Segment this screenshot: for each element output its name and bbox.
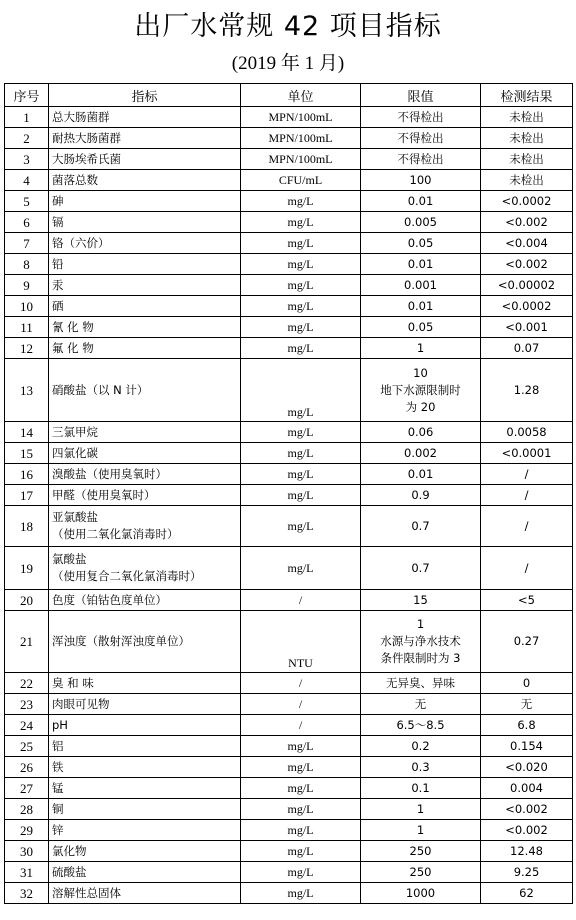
row-limit: 0.002 [361, 443, 481, 464]
row-number: 9 [5, 275, 49, 296]
row-indicator: 铁 [49, 757, 241, 778]
row-indicator: 镉 [49, 212, 241, 233]
row-indicator: 浑浊度（散射浑浊度单位） [49, 611, 241, 673]
row-result: <0.020 [481, 757, 573, 778]
table-row: 3大肠埃希氏菌MPN/100mL不得检出未检出 [5, 149, 573, 170]
row-indicator: 甲醛（使用臭氧时） [49, 485, 241, 506]
row-indicator: 四氯化碳 [49, 443, 241, 464]
row-indicator: 铜 [49, 799, 241, 820]
header-no: 序号 [5, 84, 49, 107]
table-row: 31硫酸盐mg/L2509.25 [5, 862, 573, 883]
row-unit: mg/L [241, 443, 361, 464]
row-indicator: 氯酸盐 （使用复合二氧化氯消毒时） [49, 547, 241, 590]
row-number: 3 [5, 149, 49, 170]
row-unit: mg/L [241, 422, 361, 443]
row-result: 0.27 [481, 611, 573, 673]
row-indicator: 色度（铂钴色度单位） [49, 590, 241, 611]
row-number: 11 [5, 317, 49, 338]
header-unit: 单位 [241, 84, 361, 107]
row-number: 29 [5, 820, 49, 841]
row-result: 0.154 [481, 736, 573, 757]
row-limit: 0.9 [361, 485, 481, 506]
table-header-row: 序号 指标 单位 限值 检测结果 [5, 84, 573, 107]
document-title: 出厂水常规 42 项目指标 [0, 4, 576, 43]
row-limit: 1 [361, 799, 481, 820]
row-unit: mg/L [241, 233, 361, 254]
row-number: 27 [5, 778, 49, 799]
row-result: <0.0002 [481, 191, 573, 212]
table-row: 5砷mg/L0.01<0.0002 [5, 191, 573, 212]
row-unit: mg/L [241, 485, 361, 506]
row-limit: 0.05 [361, 233, 481, 254]
row-indicator: 铬（六价） [49, 233, 241, 254]
row-unit: mg/L [241, 883, 361, 904]
row-indicator: pH [49, 715, 241, 736]
row-indicator: 铅 [49, 254, 241, 275]
row-indicator: 臭 和 味 [49, 673, 241, 694]
header-limit: 限值 [361, 84, 481, 107]
table-row: 13硝酸盐（以 N 计）mg/L10 地下水源限制时 为 201.28 [5, 359, 573, 422]
row-unit: mg/L [241, 506, 361, 547]
row-unit: / [241, 590, 361, 611]
table-row: 19 氯酸盐 （使用复合二氧化氯消毒时）mg/L0.7/ [5, 547, 573, 590]
row-unit: mg/L [241, 191, 361, 212]
table-row: 28铜mg/L1<0.002 [5, 799, 573, 820]
row-number: 21 [5, 611, 49, 673]
row-result: 无 [481, 694, 573, 715]
row-unit: mg/L [241, 212, 361, 233]
row-number: 28 [5, 799, 49, 820]
row-result: 12.48 [481, 841, 573, 862]
row-limit: 不得检出 [361, 107, 481, 128]
row-number: 10 [5, 296, 49, 317]
table-row: 24pH/6.5～8.56.8 [5, 715, 573, 736]
row-number: 2 [5, 128, 49, 149]
row-result: 0.07 [481, 338, 573, 359]
row-result: <0.004 [481, 233, 573, 254]
row-indicator: 氯化物 [49, 841, 241, 862]
row-indicator: 硒 [49, 296, 241, 317]
row-limit: 0.01 [361, 296, 481, 317]
table-row: 32溶解性总固体mg/L100062 [5, 883, 573, 904]
row-result: <0.0002 [481, 296, 573, 317]
row-result: <5 [481, 590, 573, 611]
row-unit: NTU [241, 611, 361, 673]
row-result: <0.002 [481, 254, 573, 275]
row-limit: 无异臭、异味 [361, 673, 481, 694]
row-unit: mg/L [241, 778, 361, 799]
row-limit: 0.001 [361, 275, 481, 296]
row-unit: mg/L [241, 275, 361, 296]
table-row: 1总大肠菌群MPN/100mL不得检出未检出 [5, 107, 573, 128]
row-limit: 6.5～8.5 [361, 715, 481, 736]
row-result: 6.8 [481, 715, 573, 736]
table-row: 11氰 化 物mg/L0.05<0.001 [5, 317, 573, 338]
row-indicator: 溴酸盐（使用臭氧时） [49, 464, 241, 485]
row-result: <0.002 [481, 212, 573, 233]
table-row: 17甲醛（使用臭氧时）mg/L0.9/ [5, 485, 573, 506]
row-limit: 0.06 [361, 422, 481, 443]
row-number: 19 [5, 547, 49, 590]
row-number: 1 [5, 107, 49, 128]
row-indicator: 亚氯酸盐 （使用二氧化氯消毒时） [49, 506, 241, 547]
row-indicator: 锌 [49, 820, 241, 841]
row-number: 6 [5, 212, 49, 233]
row-result: / [481, 485, 573, 506]
row-indicator: 菌落总数 [49, 170, 241, 191]
row-unit: mg/L [241, 359, 361, 422]
row-indicator: 氟 化 物 [49, 338, 241, 359]
row-limit: 不得检出 [361, 149, 481, 170]
row-result: / [481, 464, 573, 485]
row-number: 24 [5, 715, 49, 736]
row-result: 未检出 [481, 170, 573, 191]
row-unit: mg/L [241, 317, 361, 338]
table-row: 22臭 和 味/无异臭、异味0 [5, 673, 573, 694]
row-number: 32 [5, 883, 49, 904]
table-row: 10硒mg/L0.01<0.0002 [5, 296, 573, 317]
row-unit: / [241, 673, 361, 694]
table-row: 21浑浊度（散射浑浊度单位）NTU1 水源与净水技术 条件限制时为 30.27 [5, 611, 573, 673]
row-limit: 无 [361, 694, 481, 715]
row-number: 16 [5, 464, 49, 485]
row-number: 13 [5, 359, 49, 422]
row-number: 26 [5, 757, 49, 778]
row-number: 8 [5, 254, 49, 275]
table-row: 20色度（铂钴色度单位）/15<5 [5, 590, 573, 611]
row-limit: 0.01 [361, 254, 481, 275]
row-limit: 250 [361, 862, 481, 883]
row-number: 17 [5, 485, 49, 506]
row-number: 25 [5, 736, 49, 757]
table-row: 30氯化物mg/L25012.48 [5, 841, 573, 862]
row-limit: 15 [361, 590, 481, 611]
header-item: 指标 [49, 84, 241, 107]
row-limit: 0.7 [361, 506, 481, 547]
row-number: 7 [5, 233, 49, 254]
table-row: 9汞mg/L0.001<0.00002 [5, 275, 573, 296]
row-result: 未检出 [481, 107, 573, 128]
row-unit: CFU/mL [241, 170, 361, 191]
row-number: 22 [5, 673, 49, 694]
row-indicator: 溶解性总固体 [49, 883, 241, 904]
row-unit: mg/L [241, 736, 361, 757]
row-number: 23 [5, 694, 49, 715]
row-indicator: 铝 [49, 736, 241, 757]
table-row: 15四氯化碳mg/L0.002<0.0001 [5, 443, 573, 464]
row-unit: mg/L [241, 841, 361, 862]
row-limit: 0.7 [361, 547, 481, 590]
row-unit: mg/L [241, 254, 361, 275]
row-number: 5 [5, 191, 49, 212]
row-number: 30 [5, 841, 49, 862]
table-row: 25铝mg/L0.20.154 [5, 736, 573, 757]
row-number: 15 [5, 443, 49, 464]
row-limit: 0.05 [361, 317, 481, 338]
table-row: 4菌落总数CFU/mL100未检出 [5, 170, 573, 191]
row-limit: 10 地下水源限制时 为 20 [361, 359, 481, 422]
row-limit: 1 水源与净水技术 条件限制时为 3 [361, 611, 481, 673]
row-unit: mg/L [241, 547, 361, 590]
row-result: / [481, 547, 573, 590]
row-result: <0.002 [481, 799, 573, 820]
table-row: 14三氯甲烷mg/L0.060.0058 [5, 422, 573, 443]
table-row: 12氟 化 物mg/L10.07 [5, 338, 573, 359]
row-unit: MPN/100mL [241, 107, 361, 128]
row-result: <0.002 [481, 820, 573, 841]
row-unit: mg/L [241, 862, 361, 883]
row-limit: 0.01 [361, 464, 481, 485]
row-unit: MPN/100mL [241, 149, 361, 170]
row-indicator: 总大肠菌群 [49, 107, 241, 128]
row-unit: MPN/100mL [241, 128, 361, 149]
header-result: 检测结果 [481, 84, 573, 107]
row-indicator: 砷 [49, 191, 241, 212]
document-subtitle: (2019 年 1 月) [0, 48, 576, 75]
row-result: 0 [481, 673, 573, 694]
row-indicator: 汞 [49, 275, 241, 296]
table-row: 26铁mg/L0.3<0.020 [5, 757, 573, 778]
row-indicator: 硫酸盐 [49, 862, 241, 883]
row-limit: 250 [361, 841, 481, 862]
row-limit: 不得检出 [361, 128, 481, 149]
row-unit: mg/L [241, 799, 361, 820]
row-unit: mg/L [241, 820, 361, 841]
row-limit: 1000 [361, 883, 481, 904]
table-row: 23肉眼可见物/无无 [5, 694, 573, 715]
row-number: 18 [5, 506, 49, 547]
table-row: 7铬（六价）mg/L0.05<0.004 [5, 233, 573, 254]
row-unit: mg/L [241, 338, 361, 359]
table-row: 8铅mg/L0.01<0.002 [5, 254, 573, 275]
row-indicator: 硝酸盐（以 N 计） [49, 359, 241, 422]
row-result: 1.28 [481, 359, 573, 422]
row-number: 20 [5, 590, 49, 611]
row-unit: mg/L [241, 296, 361, 317]
row-result: 0.004 [481, 778, 573, 799]
row-result: 62 [481, 883, 573, 904]
row-indicator: 耐热大肠菌群 [49, 128, 241, 149]
table-row: 29锌mg/L1<0.002 [5, 820, 573, 841]
row-indicator: 锰 [49, 778, 241, 799]
row-limit: 1 [361, 338, 481, 359]
row-unit: mg/L [241, 464, 361, 485]
row-result: 0.0058 [481, 422, 573, 443]
row-unit: / [241, 715, 361, 736]
row-limit: 0.2 [361, 736, 481, 757]
table-body: 1总大肠菌群MPN/100mL不得检出未检出2耐热大肠菌群MPN/100mL不得… [5, 107, 573, 904]
row-result: / [481, 506, 573, 547]
row-limit: 0.01 [361, 191, 481, 212]
row-result: <0.001 [481, 317, 573, 338]
row-indicator: 大肠埃希氏菌 [49, 149, 241, 170]
row-result: 未检出 [481, 149, 573, 170]
row-result: 9.25 [481, 862, 573, 883]
row-number: 31 [5, 862, 49, 883]
row-indicator: 氰 化 物 [49, 317, 241, 338]
row-indicator: 肉眼可见物 [49, 694, 241, 715]
row-limit: 1 [361, 820, 481, 841]
row-unit: / [241, 694, 361, 715]
table-row: 2耐热大肠菌群MPN/100mL不得检出未检出 [5, 128, 573, 149]
water-quality-table: 序号 指标 单位 限值 检测结果 1总大肠菌群MPN/100mL不得检出未检出2… [4, 83, 573, 904]
row-limit: 100 [361, 170, 481, 191]
table-row: 6镉mg/L0.005<0.002 [5, 212, 573, 233]
row-number: 4 [5, 170, 49, 191]
row-result: <0.0001 [481, 443, 573, 464]
row-result: <0.00002 [481, 275, 573, 296]
row-indicator: 三氯甲烷 [49, 422, 241, 443]
row-number: 12 [5, 338, 49, 359]
table-row: 18亚氯酸盐 （使用二氧化氯消毒时）mg/L0.7/ [5, 506, 573, 547]
row-limit: 0.1 [361, 778, 481, 799]
row-unit: mg/L [241, 757, 361, 778]
table-row: 27锰mg/L0.10.004 [5, 778, 573, 799]
row-result: 未检出 [481, 128, 573, 149]
row-limit: 0.005 [361, 212, 481, 233]
table-row: 16溴酸盐（使用臭氧时）mg/L0.01/ [5, 464, 573, 485]
row-number: 14 [5, 422, 49, 443]
row-limit: 0.3 [361, 757, 481, 778]
